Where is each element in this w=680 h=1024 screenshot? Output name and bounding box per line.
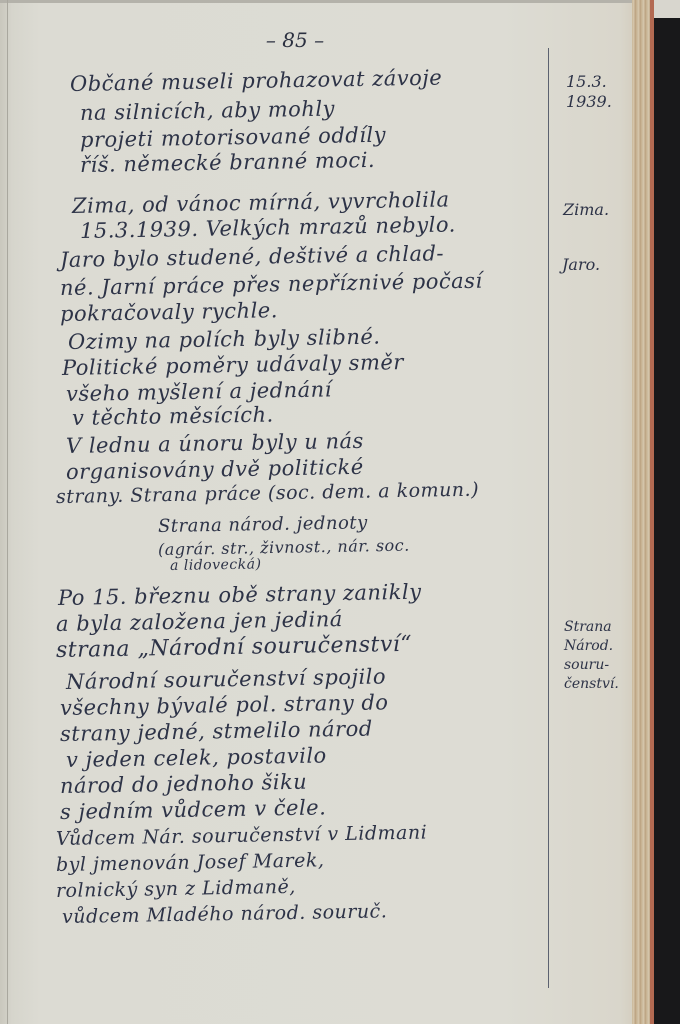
- text-line: Strana národ. jednoty: [158, 512, 368, 537]
- text-line: rolnický syn z Lidmaně,: [56, 876, 296, 902]
- page-number: – 85 –: [250, 28, 340, 52]
- text-line: Politické poměry udávaly směr: [62, 350, 404, 380]
- margin-note-zima: Zima.: [563, 200, 609, 220]
- text-line: a byla založena jen jediná: [56, 607, 343, 636]
- text-line: v jeden celek, postavilo: [66, 743, 327, 772]
- text-line: (agrár. str., živnost., nár. soc.: [158, 536, 410, 559]
- text-line: Vůdcem Nár. souručenství v Lidmani: [56, 822, 428, 850]
- text-line: Občané museli prohazovat závoje: [70, 66, 443, 96]
- margin-note-date: 15.3. 1939.: [566, 72, 612, 112]
- text-line: Ozimy na polích byly slibné.: [68, 325, 381, 354]
- text-line: 15.3.1939. Velkých mrazů nebylo.: [80, 212, 456, 243]
- text-line: všechny bývalé pol. strany do: [60, 690, 389, 720]
- cover-top-corner: [654, 0, 680, 18]
- text-line: organisovány dvě politické: [66, 455, 364, 484]
- text-line: v těchto měsících.: [72, 402, 274, 430]
- page-stack-edge: [632, 0, 650, 1024]
- text-line: strana „Národní souručenství“: [56, 632, 412, 663]
- text-line: národ do jednoho šiku: [60, 770, 308, 798]
- text-line: říš. německé branné moci.: [80, 148, 376, 177]
- text-line: pokračovaly rychle.: [60, 298, 278, 326]
- text-line: strany jedné, stmelilo národ: [60, 717, 373, 746]
- chronicle-page: – 85 – Občané museli prohazovat závoje n…: [0, 0, 648, 1024]
- text-line: né. Jarní práce přes nepříznivé počasí: [60, 269, 483, 300]
- text-line: Jaro bylo studené, deštivé a chlad-: [60, 241, 444, 272]
- text-line: byl jmenován Josef Marek,: [56, 849, 325, 876]
- margin-rule-line: [548, 48, 549, 988]
- text-line: všeho myšlení a jednání: [66, 377, 332, 406]
- margin-note-strana: Strana Národ. souru- čenství.: [564, 618, 619, 694]
- text-line: s jedním vůdcem v čele.: [60, 795, 327, 824]
- text-line: V lednu a únoru byly u nás: [66, 429, 364, 458]
- page-binding-line: [7, 0, 8, 1024]
- page-top-edge: [0, 0, 648, 3]
- text-line: na silnicích, aby mohly: [80, 97, 335, 125]
- text-line: vůdcem Mladého národ. souruč.: [62, 900, 388, 928]
- text-line: Po 15. březnu obě strany zanikly: [58, 580, 422, 610]
- text-line: a lidovecká): [170, 556, 262, 574]
- margin-note-jaro: Jaro.: [562, 255, 600, 275]
- book-cover-edge: [654, 18, 680, 1024]
- text-line: Národní souručenství spojilo: [66, 664, 386, 694]
- page-stack-red-edge: [650, 0, 654, 1024]
